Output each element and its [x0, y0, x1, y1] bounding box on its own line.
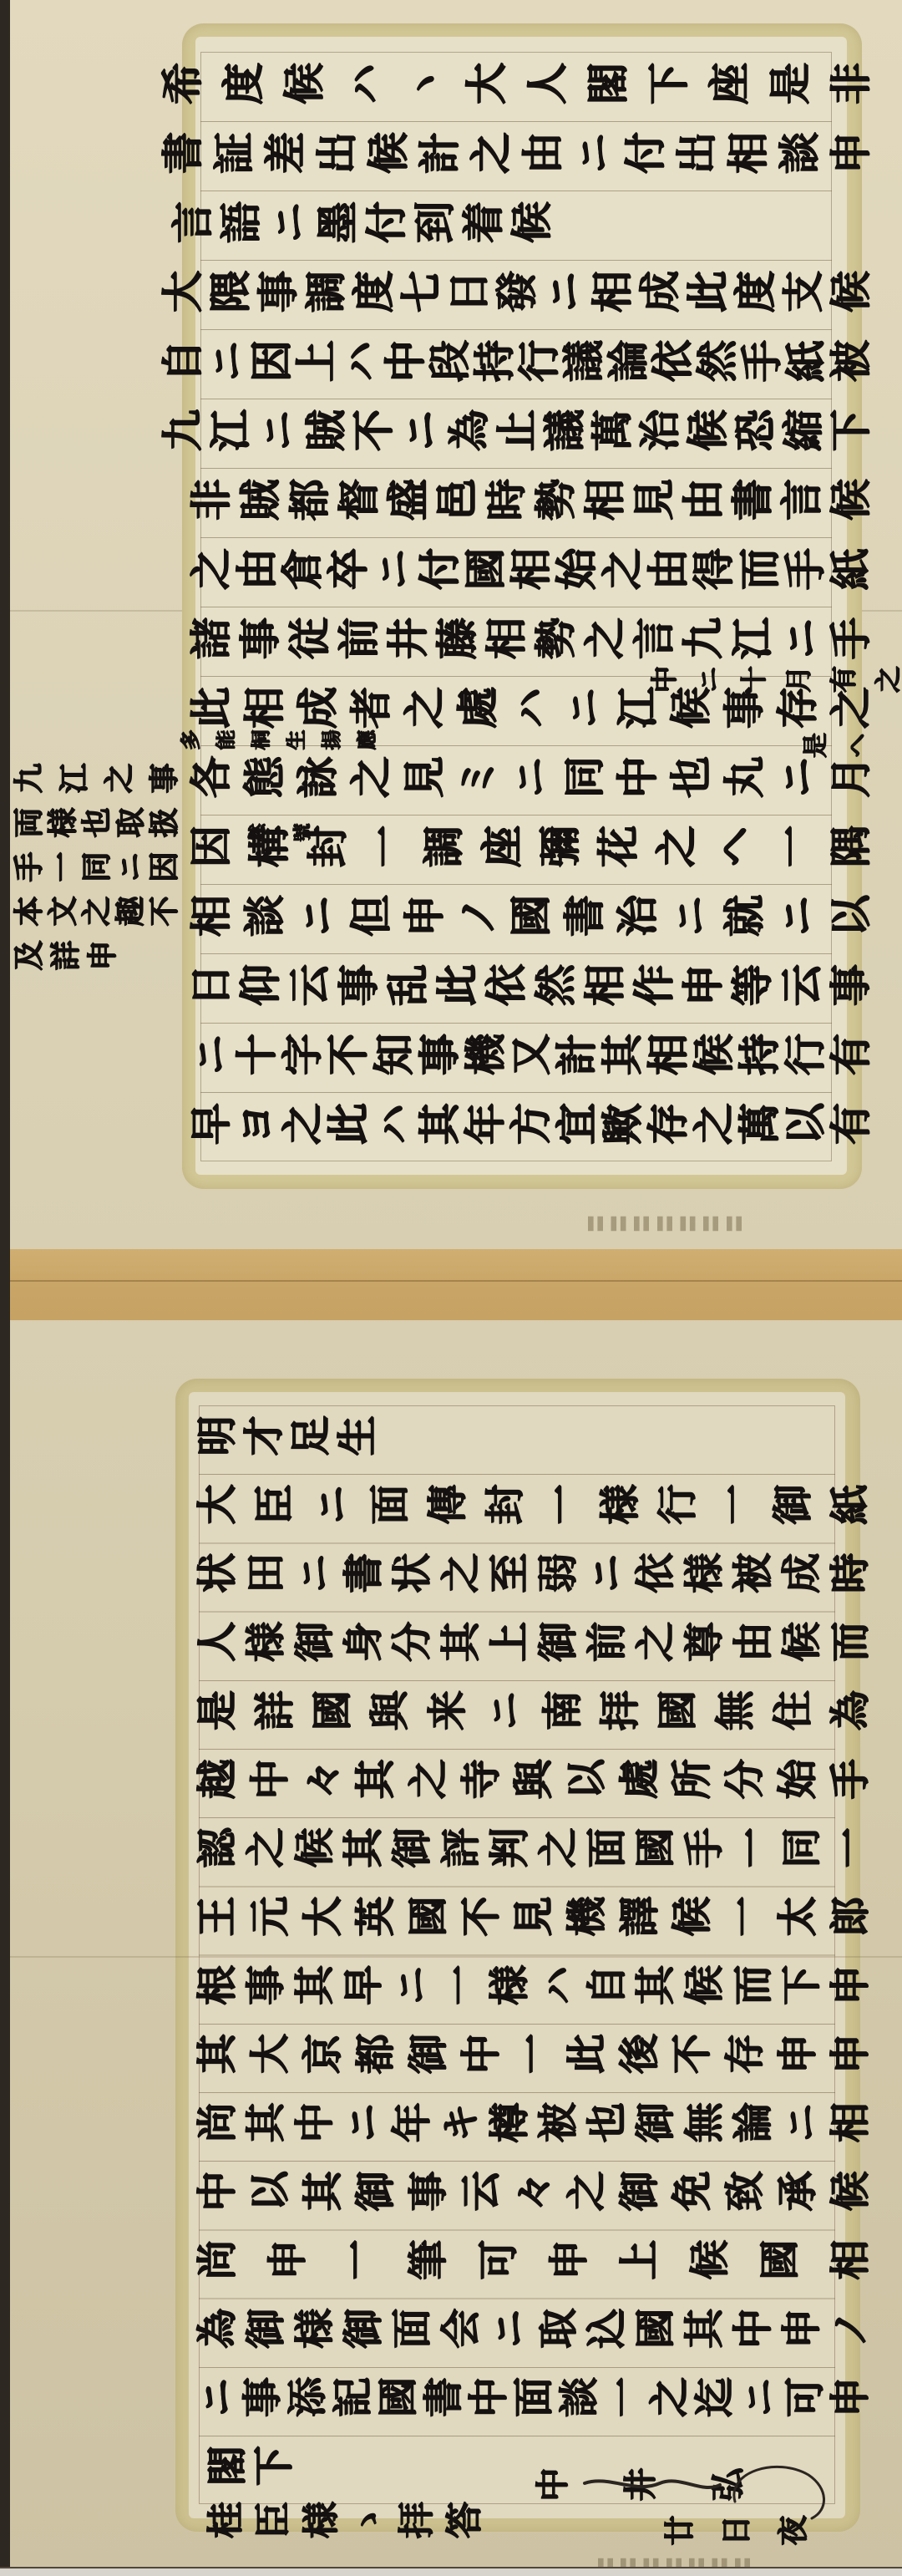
letter-line: 尚其中ニ年キ樽被也御無論ニ相 [195, 2092, 869, 2161]
paper-maker-mark: 〓〓〓〓〓〓〓 [586, 1213, 743, 1238]
letter-line: 非賊都督盛邑時勢相見由書言候 [160, 468, 870, 537]
letter-line: ニ十字不知事機又計其相候持行有 [160, 1023, 870, 1092]
margin-note: 九江之事 両様也取扱 手一同ニ因 本文之趣不 及詳申 [13, 759, 178, 980]
letter-line: 越中々其之寺與以處所分始手 [195, 1749, 869, 1817]
letter-line: 相談ニ但申ノ國書治ニ就ニ以 [160, 884, 870, 953]
signature: 中井弘 [535, 2468, 743, 2507]
interlinear-note: 中ニ十月有之 [650, 663, 900, 699]
letter-line: 中以其御事云々之御免致承候 [195, 2161, 869, 2229]
margin-note-line: 本文之趣不 [13, 892, 178, 936]
letter-line: 大臣ニ面傳封一様行一御紙 [195, 1474, 869, 1542]
letter-line: 九江ニ賊不ニ為止議萬治候恐縮下 [160, 399, 870, 468]
addressee-line: 桂臣様ゝ拝答 [205, 2500, 481, 2548]
letter-line: 之由倉卒ニ付國相始之由得而手紙 [160, 537, 870, 607]
frame-edge-bottom [0, 2567, 902, 2576]
letter-line: 其大京都御中一此後不存申申 [195, 2024, 869, 2092]
letter-line: 日仰云事乱此依然相作申等云事 [160, 953, 870, 1023]
letter-line: 王元大英國不見機譯候一太郎 [195, 1886, 869, 1954]
margin-note-line: 両様也取扱 [13, 803, 178, 847]
margin-note-line: 及詳申 [13, 936, 178, 980]
letter-line: 書証差出候計之由ニ付出相談申 [160, 121, 870, 191]
page: { "top_sheet": { "lines": [ "希度候ハヽ大人閣下座是… [0, 0, 902, 2576]
margin-note-line: 九江之事 [13, 759, 178, 803]
interlinear-note: 然號 [247, 822, 311, 846]
letter-line: 言語ニ墨付到着候 [160, 191, 870, 260]
letter-line: 大隈事調度七日發ニ相成此度支候 [160, 260, 870, 329]
letter-line: ニ事添記國書中面談一之迄ニ可申 [195, 2366, 869, 2435]
bottom-sheet-text: 明才足生 大臣ニ面傳封一様行一御紙 状田ニ書状之至弱ニ依様被成時 人様御身分其上… [195, 1405, 869, 2504]
salutation-line: 閣下 [195, 2436, 869, 2504]
letter-line: 早ヨ之此ハ其年方宜歟存之萬以有 [160, 1092, 870, 1161]
letter-line: 為御様御面会ニ取込國其中申ノ [195, 2298, 869, 2366]
letter-line: 認之候其御評判之面國手一同一 [195, 1817, 869, 1886]
frame-edge-left [0, 0, 10, 2576]
seam-tape-edge [10, 1280, 902, 1282]
letter-line: 状田ニ書状之至弱ニ依様被成時 [195, 1542, 869, 1611]
top-sheet-text: 希度候ハヽ大人閣下座是非 書証差出候計之由ニ付出相談申 言語ニ墨付到着候 大隈事… [160, 52, 870, 1161]
letter-line: 人様御身分其上御前之尊由候而 [195, 1611, 869, 1679]
letter-line: 根事其早ニ一様ハ自其候而下申 [195, 1954, 869, 2023]
letter-line: 自ニ因上ハ中段持行議論依然手紙被 [160, 329, 870, 399]
letter-line: 希度候ハヽ大人閣下座是非 [160, 52, 870, 121]
date-line: 廿日夜 [663, 2515, 807, 2550]
letter-line: 各態詠之見ミニ同中也丸ニ月 [160, 745, 870, 815]
letter-line: 尚申一筆可申上候國相 [195, 2229, 869, 2298]
interlinear-note: 多能桐生揚應 [180, 729, 376, 755]
seam-tape [10, 1249, 902, 1320]
margin-note-line: 手一同ニ因 [13, 847, 178, 892]
letter-line: 明才足生 [195, 1405, 869, 1474]
interlinear-note: 是ヘ [802, 732, 869, 765]
letter-line: 是詳國與来ニ南拝國無住為 [195, 1680, 869, 1749]
